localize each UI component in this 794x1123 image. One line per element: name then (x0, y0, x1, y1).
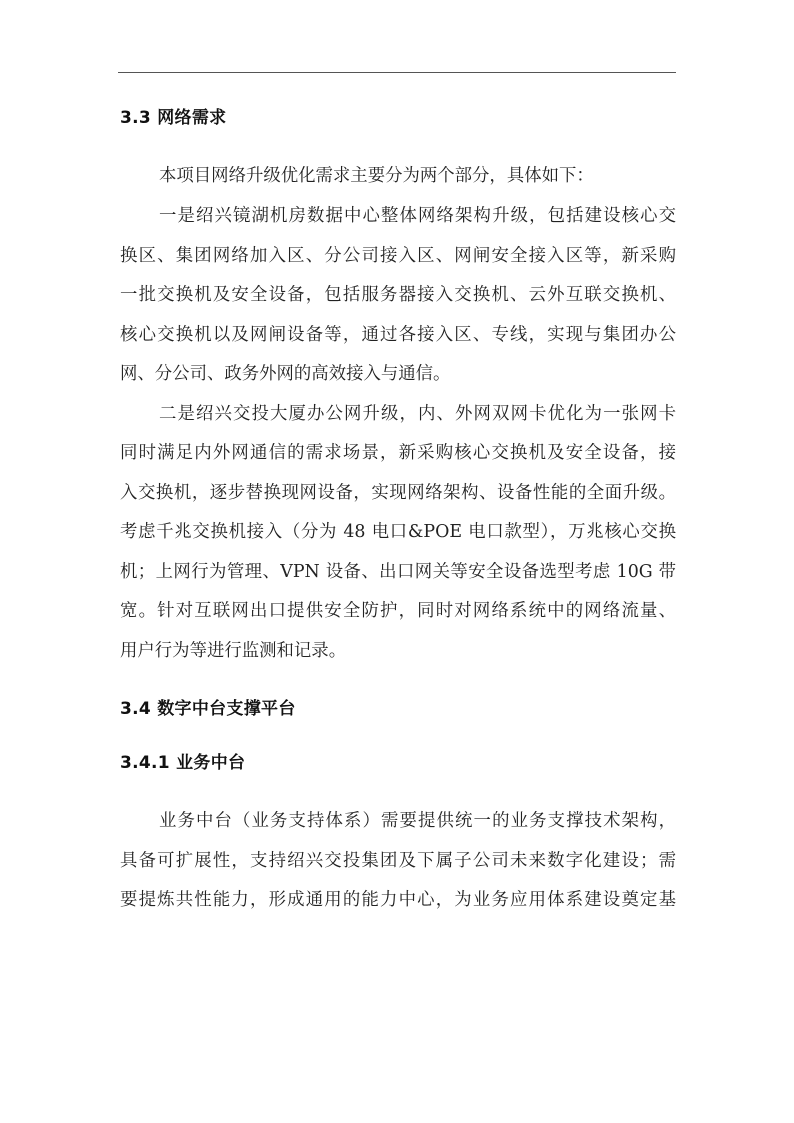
paragraph-line: 用户行为等进行监测和记录。 (120, 640, 676, 662)
paragraph-line: 同时满足内外网通信的需求场景，新采购核心交换机及安全设备，接 (120, 442, 676, 464)
paragraph-line: 一是绍兴镜湖机房数据中心整体网络架构升级，包括建设核心交 (159, 205, 676, 227)
paragraph-line: 网、分公司、政务外网的高效接入与通信。 (120, 363, 676, 385)
paragraph-line: 换区、集团网络加入区、分公司接入区、网闸安全接入区等，新采购 (120, 245, 676, 267)
paragraph-line: 具备可扩展性，支持绍兴交投集团及下属子公司未来数字化建设；需 (120, 850, 676, 872)
paragraph-line: 业务中台（业务支持体系）需要提供统一的业务支撑技术架构， (159, 810, 676, 832)
paragraph-line: 一批交换机及安全设备，包括服务器接入交换机、云外互联交换机、 (120, 284, 676, 306)
paragraph-line: 宽。针对互联网出口提供安全防护，同时对网络系统中的网络流量、 (120, 600, 676, 622)
paragraph-line: 机；上网行为管理、VPN 设备、出口网关等安全设备选型考虑 10G 带 (120, 561, 676, 583)
paragraph-line: 考虑千兆交换机接入（分为 48 电口&POE 电口款型），万兆核心交换 (120, 521, 676, 543)
paragraph-line: 二是绍兴交投大厦办公网升级，内、外网双网卡优化为一张网卡 (159, 403, 676, 425)
paragraph-line: 本项目网络升级优化需求主要分为两个部分，具体如下： (159, 165, 676, 187)
header-rule (118, 72, 676, 73)
paragraph-line: 核心交换机以及网闸设备等，通过各接入区、专线，实现与集团办公 (120, 324, 676, 346)
paragraph-line: 入交换机，逐步替换现网设备，实现网络架构、设备性能的全面升级。 (120, 482, 676, 504)
document-page: 3.3 网络需求 本项目网络升级优化需求主要分为两个部分，具体如下： 一是绍兴镜… (0, 0, 794, 1123)
section-heading-3-3: 3.3 网络需求 (120, 107, 226, 129)
section-heading-3-4-1: 3.4.1 业务中台 (120, 752, 245, 774)
paragraph-line: 要提炼共性能力，形成通用的能力中心，为业务应用体系建设奠定基 (120, 889, 676, 911)
section-heading-3-4: 3.4 数字中台支撑平台 (120, 698, 296, 720)
